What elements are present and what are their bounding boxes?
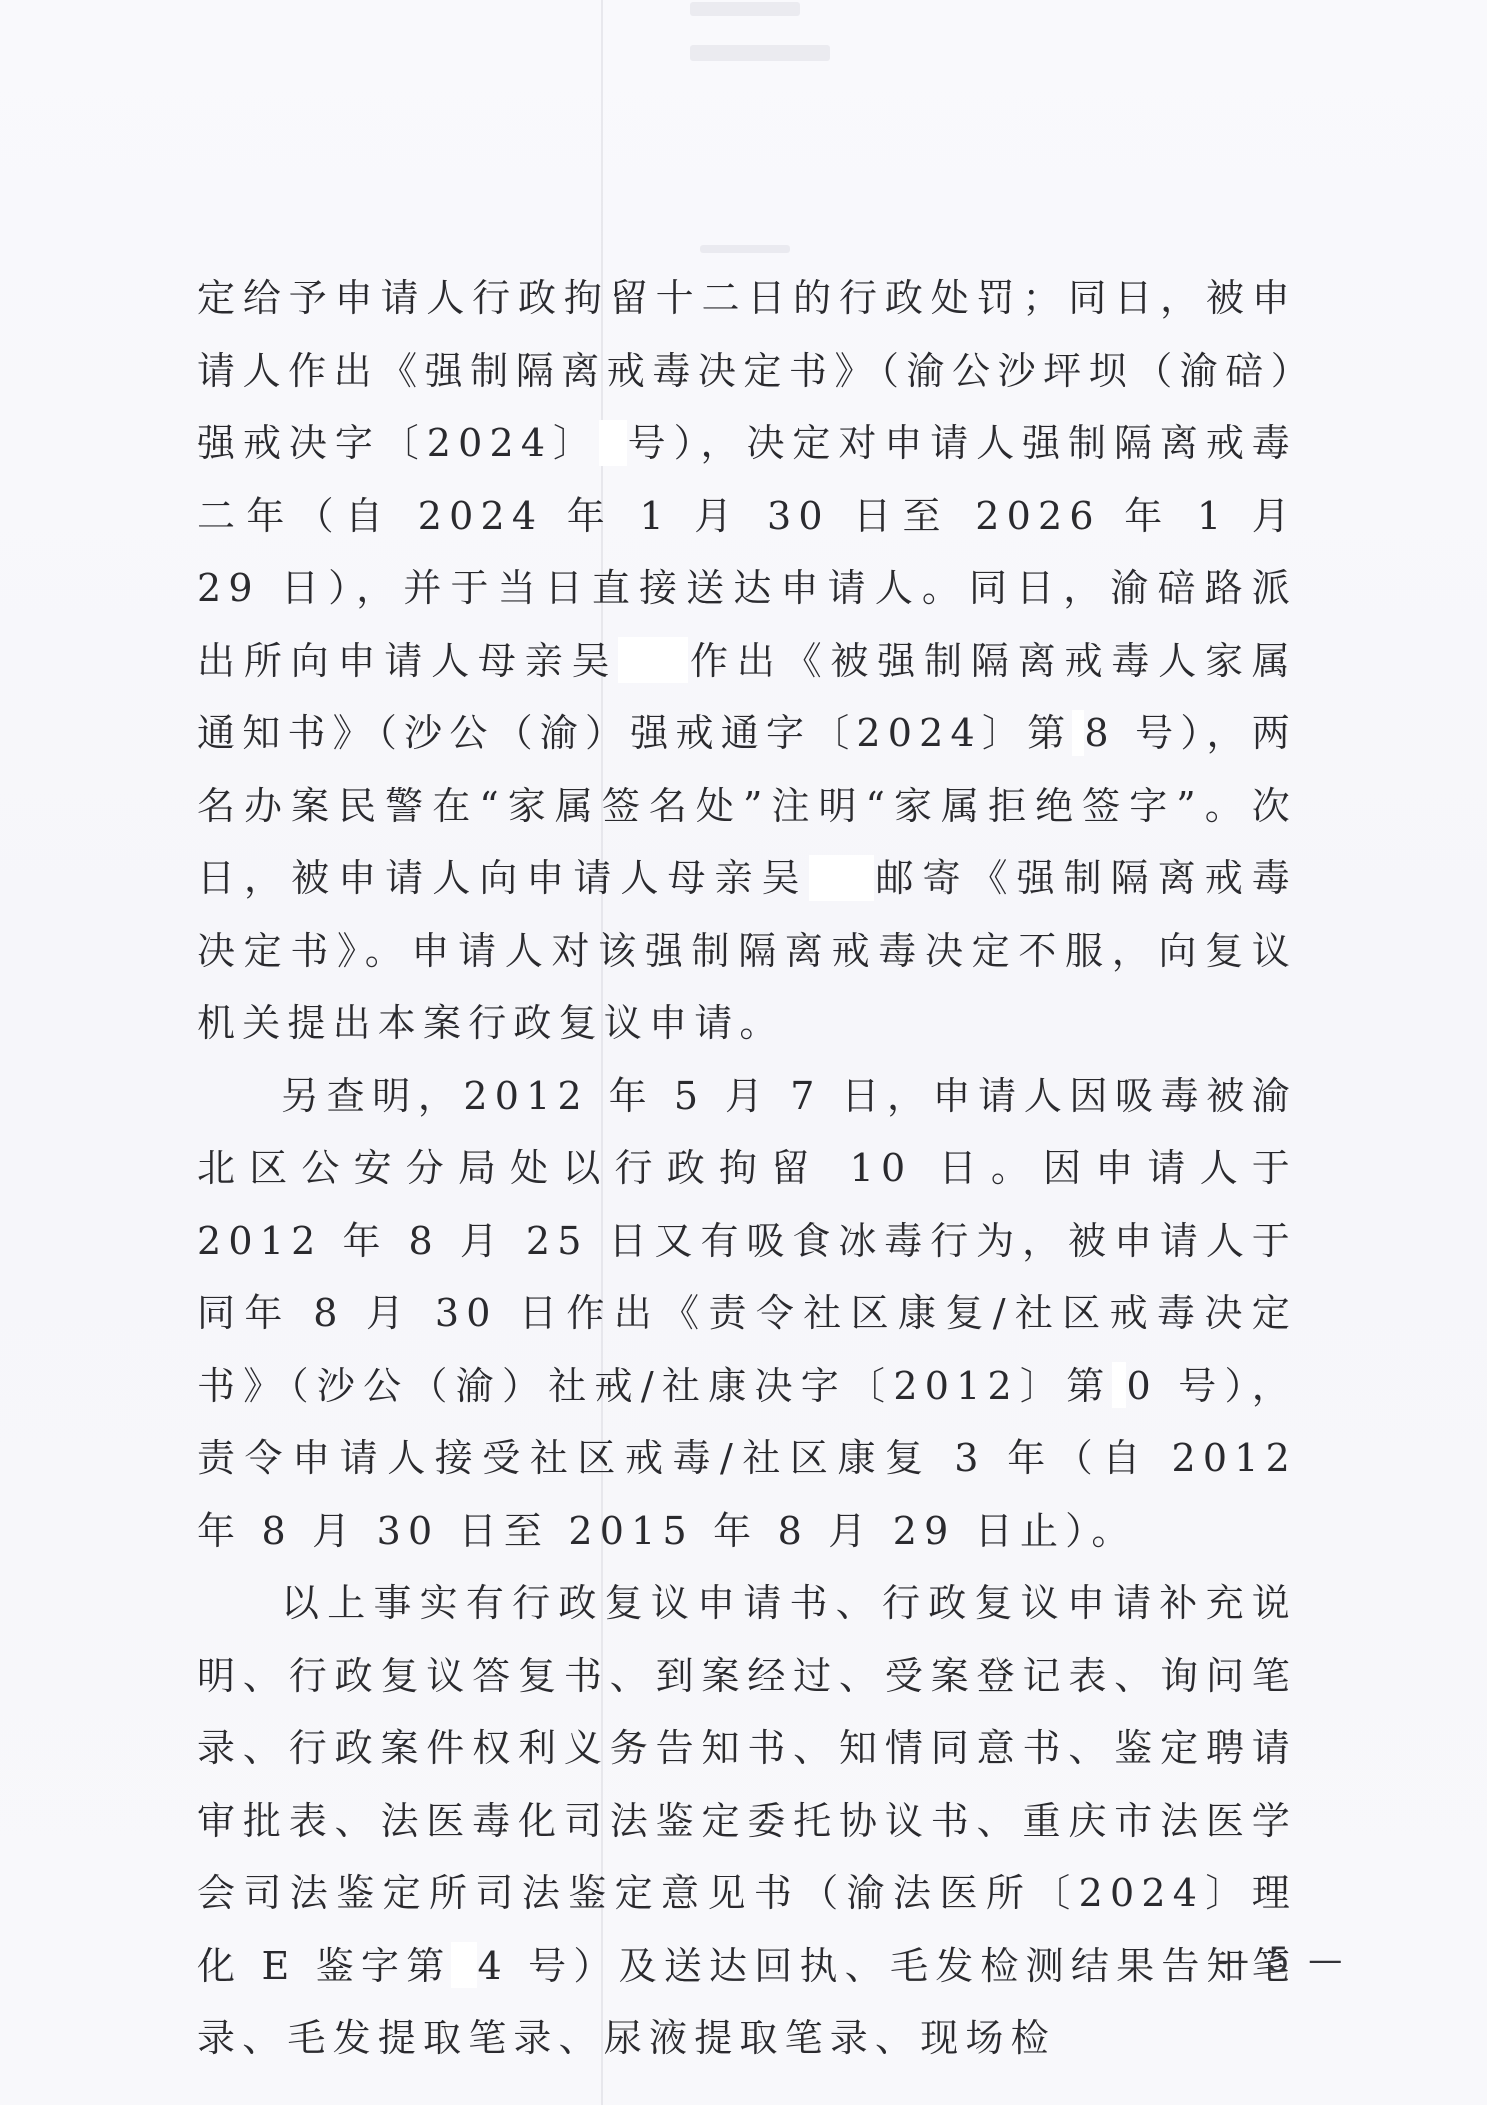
paragraph-text: 另查明，2012 年 5 月 7 日，申请人因吸毒被渝北区公安分局处以行政拘留 … [197, 1074, 1297, 1408]
paragraph-text: 以上事实有行政复议申请书、行政复议申请补充说明、行政复议答复书、到案经过、受案登… [197, 1581, 1297, 1988]
document-page: 定给予申请人行政拘留十二日的行政处罚；同日，被申请人作出《强制隔离戒毒决定书》（… [0, 0, 1487, 2105]
redaction-box [451, 1942, 477, 1988]
redaction-box [809, 855, 874, 901]
bleed-through-mark [690, 2, 800, 16]
bleed-through-mark [700, 245, 790, 253]
page-number: — 5 — [1215, 1940, 1346, 1980]
bleed-through-mark [690, 45, 830, 61]
redaction-box [1072, 710, 1084, 756]
paragraph: 定给予申请人行政拘留十二日的行政处罚；同日，被申请人作出《强制隔离戒毒决定书》（… [197, 262, 1297, 1060]
paragraph: 以上事实有行政复议申请书、行政复议申请补充说明、行政复议答复书、到案经过、受案登… [197, 1567, 1297, 2075]
redaction-box [599, 420, 627, 466]
redaction-box [1112, 1362, 1126, 1408]
redaction-box [618, 637, 688, 683]
document-body: 定给予申请人行政拘留十二日的行政处罚；同日，被申请人作出《强制隔离戒毒决定书》（… [197, 262, 1297, 2075]
paragraph: 另查明，2012 年 5 月 7 日，申请人因吸毒被渝北区公安分局处以行政拘留 … [197, 1060, 1297, 1568]
